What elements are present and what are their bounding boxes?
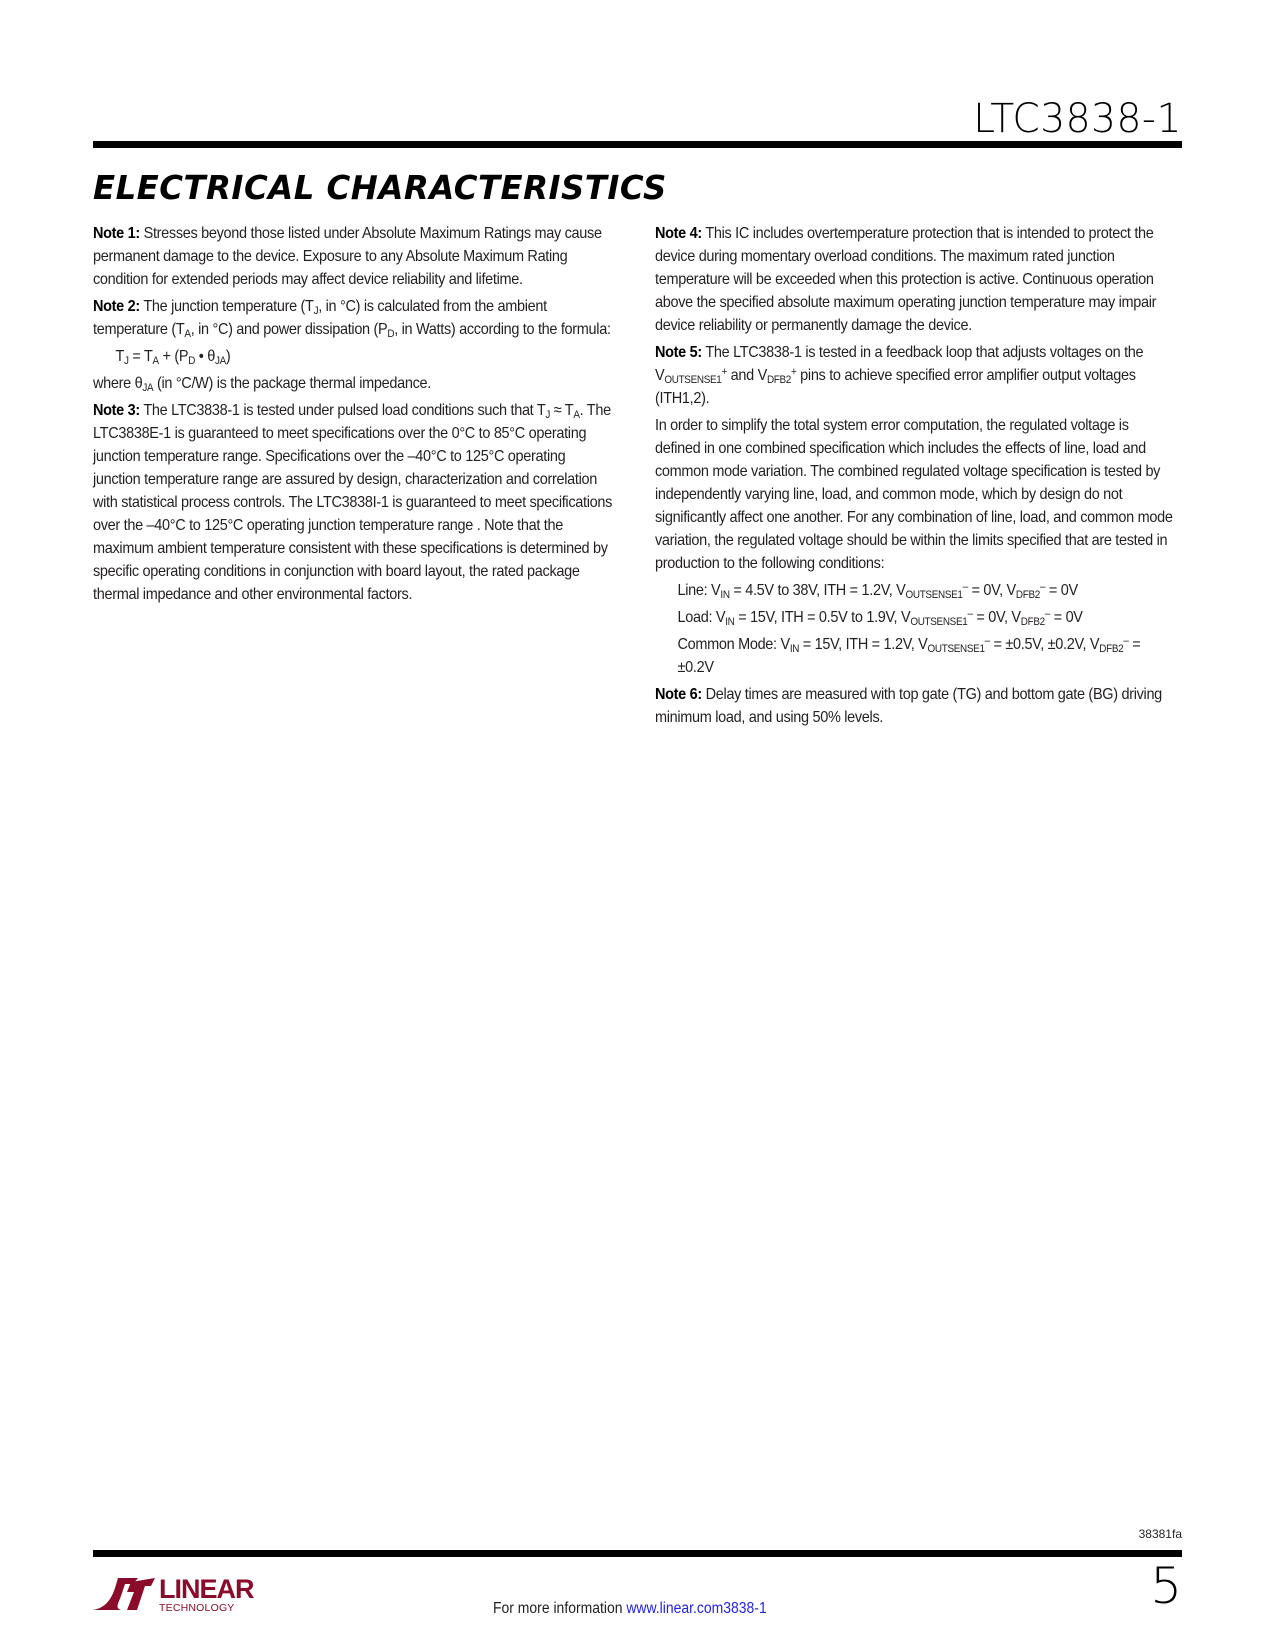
note-2-text: , in Watts) according to the formula:	[394, 320, 610, 338]
formula-part: • θ	[195, 347, 215, 365]
note-6: Note 6: Delay times are measured with to…	[655, 683, 1177, 729]
note-3-label: Note 3:	[93, 401, 140, 419]
subscript: DFB2	[767, 374, 791, 386]
footer-info-text: For more information	[493, 1600, 626, 1617]
note-3-text: . The LTC3838E-1 is guaranteed to meet s…	[93, 401, 612, 603]
section-heading: ELECTRICAL CHARACTERISTICS	[93, 168, 667, 207]
note-4: Note 4: This IC includes overtemperature…	[655, 222, 1177, 337]
formula-part: )	[226, 347, 231, 365]
condition-text: = 0V, V	[968, 581, 1016, 599]
where-text: (in °C/W) is the package thermal impedan…	[153, 374, 431, 392]
subscript: IN	[720, 589, 729, 601]
formula-part: = T	[129, 347, 153, 365]
where-text: where θ	[93, 374, 142, 392]
note-5-paragraph-2: In order to simplify the total system er…	[655, 414, 1177, 575]
note-4-label: Note 4:	[655, 224, 702, 242]
formula-part: + (P	[159, 347, 188, 365]
condition-text: Load: V	[678, 608, 726, 626]
right-column: Note 4: This IC includes overtemperature…	[655, 222, 1177, 733]
subscript: IN	[725, 616, 734, 628]
note-3: Note 3: The LTC3838-1 is tested under pu…	[93, 399, 615, 606]
subscript: OUTSENSE1	[928, 643, 985, 655]
subscript: OUTSENSE1	[664, 374, 721, 386]
condition-text: = 0V	[1050, 608, 1083, 626]
condition-text: = 0V	[1045, 581, 1078, 599]
subscript: IN	[790, 643, 799, 655]
note-1-label: Note 1:	[93, 224, 140, 242]
logo-subtitle: TECHNOLOGY	[159, 1602, 235, 1614]
subscript: OUTSENSE1	[910, 616, 967, 628]
note-5-text: and V	[727, 366, 767, 384]
left-column: Note 1: Stresses beyond those listed und…	[93, 222, 615, 610]
subscript: OUTSENSE1	[905, 589, 962, 601]
top-divider	[93, 141, 1182, 148]
condition-line: Line: VIN = 4.5V to 38V, ITH = 1.2V, VOU…	[655, 579, 1177, 602]
note-6-label: Note 6:	[655, 685, 702, 703]
note-1-text: Stresses beyond those listed under Absol…	[93, 224, 602, 288]
subscript: D	[387, 328, 394, 340]
condition-text: Line: V	[678, 581, 721, 599]
note-5-label: Note 5:	[655, 343, 702, 361]
note-2-label: Note 2:	[93, 297, 140, 315]
note-3-text: ≈ T	[550, 401, 573, 419]
note-3-text: The LTC3838-1 is tested under pulsed loa…	[140, 401, 545, 419]
condition-text: = 15V, ITH = 1.2V, V	[799, 635, 927, 653]
page-number: 5	[1150, 1557, 1182, 1615]
condition-text: = 4.5V to 38V, ITH = 1.2V, V	[730, 581, 906, 599]
document-code: 38381fa	[1139, 1527, 1182, 1541]
condition-text: = ±0.5V, ±0.2V, V	[990, 635, 1099, 653]
condition-text: = 15V, ITH = 0.5V to 1.9V, V	[735, 608, 911, 626]
subscript: JA	[215, 355, 226, 367]
footer-info: For more information www.linear.com3838-…	[493, 1600, 767, 1618]
note-4-text: This IC includes overtemperature protect…	[655, 224, 1156, 334]
logo-word: LINEAR	[159, 1574, 254, 1604]
footer-website-link[interactable]: www.linear.com3838-1	[626, 1600, 766, 1617]
note-2-text: , in °C) and power dissipation (P	[191, 320, 388, 338]
note-1: Note 1: Stresses beyond those listed und…	[93, 222, 615, 291]
subscript: DFB2	[1021, 616, 1045, 628]
subscript: DFB2	[1099, 643, 1123, 655]
condition-text: Common Mode: V	[678, 635, 790, 653]
condition-common-mode: Common Mode: VIN = 15V, ITH = 1.2V, VOUT…	[655, 633, 1177, 679]
note-6-text: Delay times are measured with top gate (…	[655, 685, 1162, 726]
bottom-divider	[93, 1550, 1182, 1557]
formula-explanation: where θJA (in °C/W) is the package therm…	[93, 372, 615, 395]
note-5: Note 5: The LTC3838-1 is tested in a fee…	[655, 341, 1177, 410]
subscript: JA	[142, 382, 153, 394]
note-2: Note 2: The junction temperature (TJ, in…	[93, 295, 615, 341]
subscript: DFB2	[1016, 589, 1040, 601]
condition-load: Load: VIN = 15V, ITH = 0.5V to 1.9V, VOU…	[655, 606, 1177, 629]
linear-technology-logo: LINEAR TECHNOLOGY	[93, 1570, 263, 1615]
linear-logo-icon: LINEAR TECHNOLOGY	[93, 1570, 263, 1615]
junction-temp-formula: TJ = TA + (PD • θJA)	[93, 345, 615, 368]
part-number-title: LTC3838-1	[973, 96, 1182, 142]
condition-text: = 0V, V	[973, 608, 1021, 626]
note-2-text: The junction temperature (T	[140, 297, 314, 315]
